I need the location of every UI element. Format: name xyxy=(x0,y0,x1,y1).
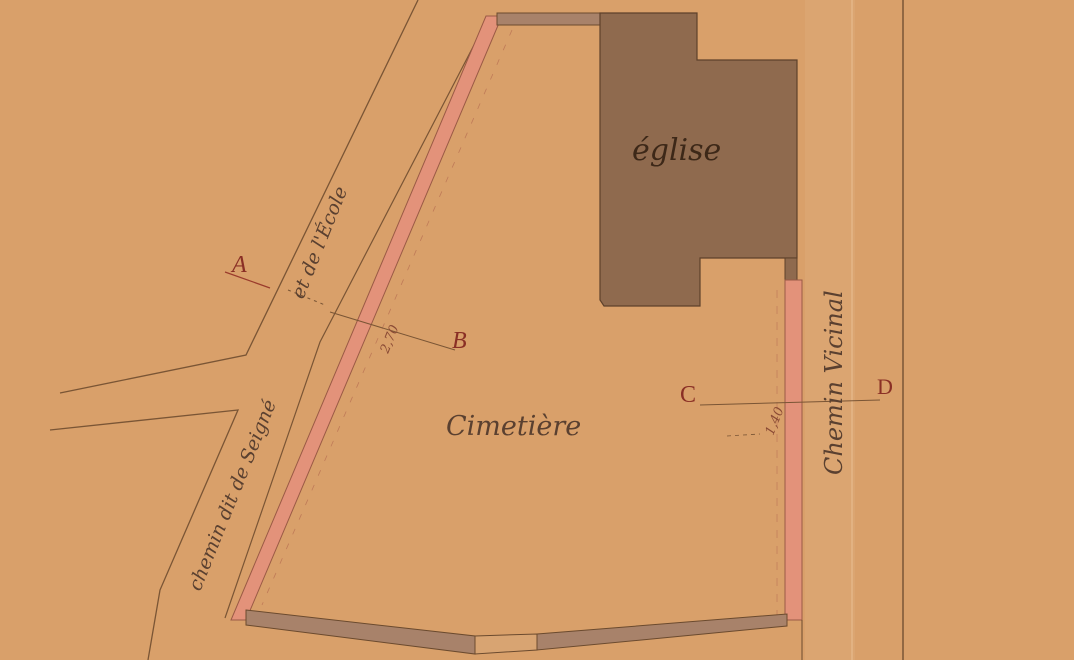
south-gate xyxy=(475,634,537,654)
east-wall xyxy=(785,280,802,620)
cemetery-plan-map: église Cimetière chemin dit de Seigné et… xyxy=(0,0,1074,660)
church-label: église xyxy=(632,133,721,168)
point-d-label: D xyxy=(877,374,893,399)
cemetery-label: Cimetière xyxy=(446,411,581,442)
point-a-label: A xyxy=(230,252,247,278)
point-c-label: C xyxy=(680,382,696,408)
point-b-label: B xyxy=(452,328,467,354)
road-right-label: Chemin Vicinal xyxy=(820,290,848,475)
paper-background xyxy=(0,0,1074,660)
church-corner-block xyxy=(785,258,797,280)
north-wall xyxy=(497,13,600,25)
